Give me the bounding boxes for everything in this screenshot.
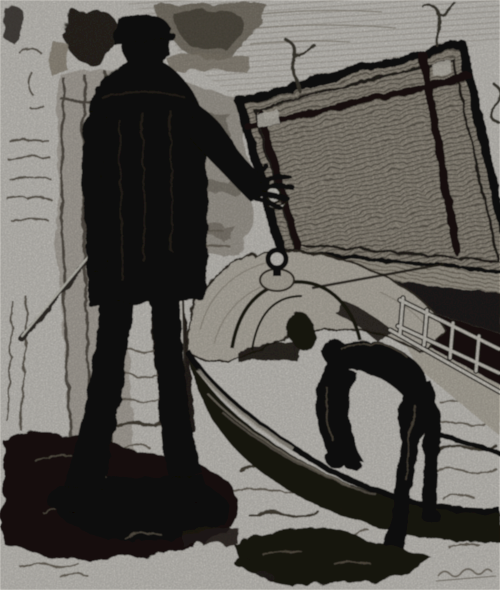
engraving-canvas (0, 0, 500, 590)
print-grain-overlay (0, 0, 500, 590)
engraving-illustration: Engraved shoreline scene: an open shippi… (0, 0, 500, 590)
